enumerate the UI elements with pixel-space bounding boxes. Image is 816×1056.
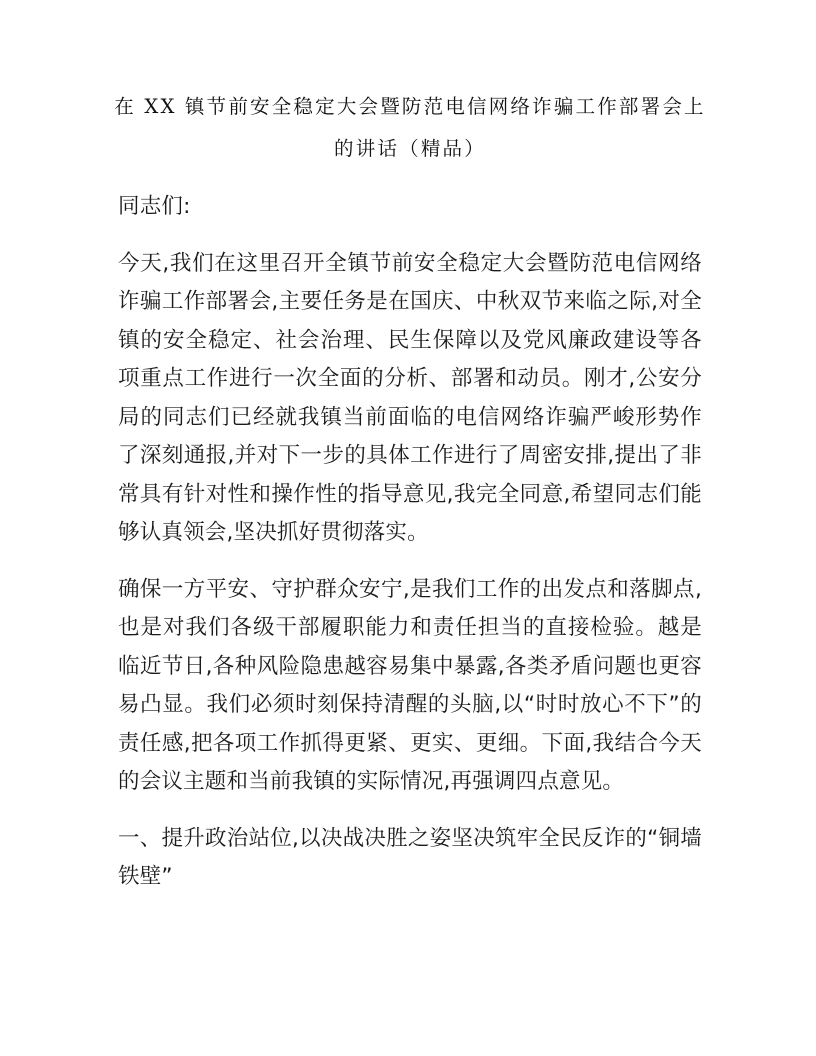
title-line-1: 在 XX 镇节前安全稳定大会暨防范电信网络诈骗工作部署会上 [114, 95, 705, 118]
paragraph-context: 确保一方平安、守护群众安宁,是我们工作的出发点和落脚点,也是对我们各级干部履职能… [118, 571, 702, 802]
document-page: 在 XX 镇节前安全稳定大会暨防范电信网络诈骗工作部署会上 的讲话（精品） 同志… [118, 86, 702, 897]
section-heading-1: 一、提升政治站位,以决战决胜之姿坚决筑牢全民反诈的“铜墙铁壁” [118, 820, 702, 897]
salutation: 同志们: [118, 188, 702, 227]
document-title: 在 XX 镇节前安全稳定大会暨防范电信网络诈骗工作部署会上 的讲话（精品） [110, 86, 710, 170]
paragraph-opening: 今天,我们在这里召开全镇节前安全稳定大会暨防范电信网络诈骗工作部署会,主要任务是… [118, 245, 702, 553]
title-line-2: 的讲话（精品） [110, 128, 710, 170]
